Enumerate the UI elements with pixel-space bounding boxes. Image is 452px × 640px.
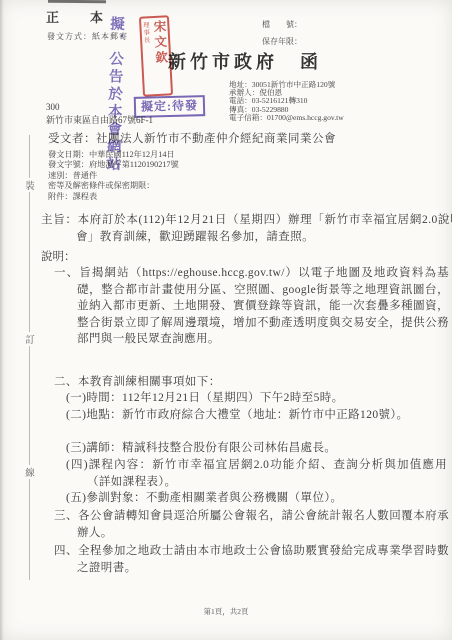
sender-info-block: 地址：30051新竹市中正路120號 承辦人：倪伯恩 電話：03-5216121… [229, 81, 344, 122]
document-title: 新竹市政府 函 [168, 48, 322, 74]
item-2-label: 二、 [54, 376, 78, 388]
item-2-subitem-5: (五)參訓對象：不動產相關業者與公務機關（單位）。 [66, 490, 447, 507]
binding-line [29, 135, 30, 580]
binding-mark-ding: 訂 [23, 332, 37, 346]
explanation-item-2: 二、本教育訓練相關事項如下： [54, 374, 449, 391]
item-1-text: 旨揭網站（https://eghouse.hccg.gov.tw/）以電子地圖及… [77, 267, 449, 345]
attachment: 附件：課程表 [48, 192, 179, 202]
item-2-text: 本教育訓練相關事項如下： [78, 376, 221, 388]
binding-mark-xian: 線 [23, 465, 37, 479]
document-page: 正 本 發文方式：紙本郵寄 檔 號： 保存年限： 新竹市政府 函 地址：3005… [0, 0, 452, 640]
item-4-text: 全程參加之地政士請由本市地政士公會協助覈實發給完成專業學習時數之證明書。 [77, 545, 449, 574]
explanation-item-1: 一、旨揭網站（https://eghouse.hccg.gov.tw/）以電子地… [54, 265, 449, 348]
item-3-text: 各公會請轉知會員逕洽所屬公會報名，請公會統計報名人數回覆本府承辦人。 [77, 510, 449, 539]
explanation-item-3: 三、各公會請轉知會員逕洽所屬公會報名，請公會統計報名人數回覆本府承辦人。 [54, 508, 449, 541]
scan-edge-shadow [0, 0, 4, 640]
retention-period-label: 保存年限： [262, 36, 302, 47]
file-number-label: 檔 號： [262, 19, 302, 30]
chairman-name-seal: 理事長 宋文欽 [139, 15, 173, 96]
item-2-subitem-3: (三)講師：精誠科技整合股份有限公司林佑昌處長。 [66, 440, 447, 457]
subject-text: 本府訂於本(112)年12月21日（星期四）辦理「新竹市幸福宜居網2.0說明會」… [76, 214, 452, 243]
copy-type-label: 正 本 [46, 7, 112, 26]
item-2-subitem-1: (一)時間：112年12月21日（星期四）下午2時至5時。 [66, 390, 447, 407]
recipient-line: 受文者：社團法人新竹市不動產仲介經紀商業同業公會 [48, 130, 336, 146]
explanation-label: 說明： [41, 248, 76, 264]
subject-label: 主旨： [41, 214, 78, 226]
draft-note-stamp: 擬．公告於本會網站 [102, 16, 127, 184]
item-1-label: 一、 [54, 267, 79, 279]
explanation-item-4: 四、全程參加之地政士請由本市地政士公會協助覈實發給完成專業學習時數之證明書。 [54, 543, 449, 576]
item-4-label: 四、 [54, 545, 78, 557]
page-number: 第1頁，共2頁 [0, 606, 452, 617]
item-3-label: 三、 [54, 510, 78, 522]
sender-email: 電子信箱：01700@ems.hccg.gov.tw [229, 114, 344, 122]
item-2-subitem-2: (二)地點：新竹市政府綜合大禮堂（地址：新竹市中正路120號）。 [66, 407, 447, 424]
subject-paragraph: 主旨：本府訂於本(112)年12月21日（星期四）辦理「新竹市幸福宜居網2.0說… [41, 212, 452, 245]
approval-stamp: 擬定:待發 [134, 95, 206, 118]
binding-mark-zhuang: 裝 [23, 178, 37, 192]
seal-name-text: 宋文欽 [150, 19, 172, 92]
recipient-postal-code: 300 [46, 102, 60, 112]
scanner-artifact [48, 0, 106, 3]
item-2-subitem-4: (四)課程內容：新竹市幸福宜居網2.0功能介紹、查詢分析與加值應用（詳如課程表）… [66, 457, 447, 490]
